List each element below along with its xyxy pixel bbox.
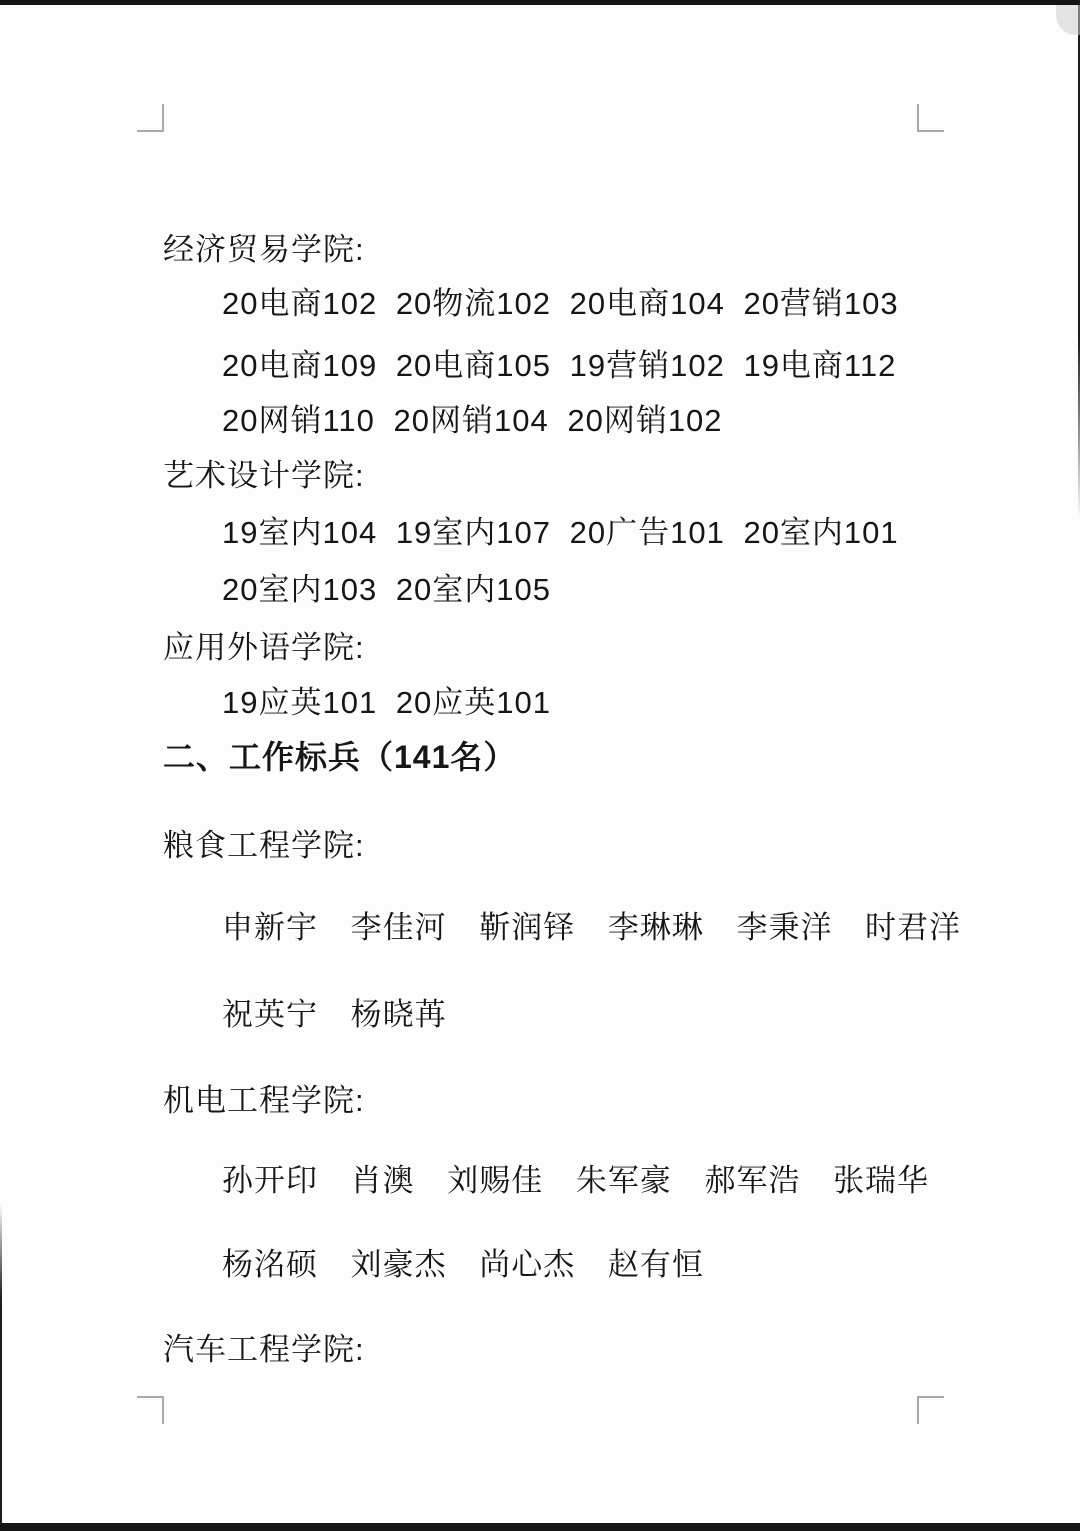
photo-edge-left	[0, 1203, 2, 1523]
class-list-line: 20电商102 20物流102 20电商104 20营销103	[222, 284, 899, 324]
class-list-line: 20电商109 20电商105 19营销102 19电商112	[222, 346, 896, 386]
name-list-line: 申新宇 李佳河 靳润铎 李琳琳 李秉洋 时君洋	[222, 908, 961, 948]
class-list-line: 20网销110 20网销104 20网销102	[222, 401, 723, 441]
photo-corner-smudge	[1056, 5, 1080, 35]
name-list-line: 杨洺硕 刘豪杰 尚心杰 赵有恒	[222, 1245, 704, 1285]
page-margin-mark-bottom-right	[917, 1396, 944, 1424]
section-heading-grain-engineering: 粮食工程学院:	[163, 826, 365, 866]
section-heading-art-design: 艺术设计学院:	[163, 456, 365, 496]
name-list-line: 孙开印 肖澳 刘赐佳 朱军豪 郝军浩 张瑞华	[222, 1161, 929, 1201]
class-list-line: 19室内104 19室内107 20广告101 20室内101	[222, 513, 899, 553]
section-heading-foreign-languages: 应用外语学院:	[163, 628, 365, 668]
section-heading-mechatronics: 机电工程学院:	[163, 1081, 365, 1121]
section-heading-economics-trade: 经济贸易学院:	[163, 230, 365, 270]
name-list-line: 祝英宁 杨晓苒	[222, 995, 447, 1035]
document-page: 经济贸易学院: 20电商102 20物流102 20电商104 20营销103 …	[0, 0, 1080, 1531]
photo-edge-bottom	[0, 1523, 1080, 1531]
page-margin-mark-top-right	[917, 104, 944, 132]
subsection-title-work-model: 二、工作标兵（141名）	[163, 737, 516, 777]
photo-edge-top	[0, 0, 1080, 5]
page-margin-mark-bottom-left	[137, 1396, 164, 1424]
class-list-line: 20室内103 20室内105	[222, 570, 551, 610]
section-heading-automotive-engineering: 汽车工程学院:	[163, 1330, 365, 1370]
class-list-line: 19应英101 20应英101	[222, 683, 551, 723]
page-margin-mark-top-left	[137, 104, 164, 132]
